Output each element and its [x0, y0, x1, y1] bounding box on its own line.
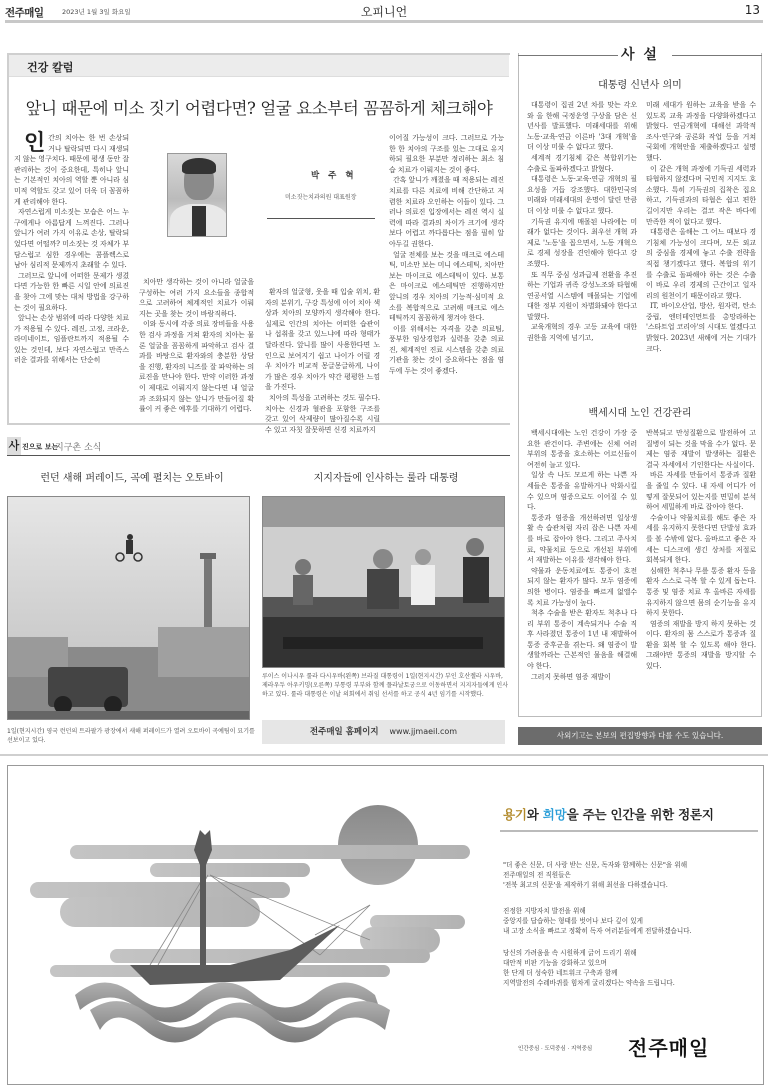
masthead-divider: [5, 20, 763, 23]
health-column: 건강 칼럼 앞니 때문에 미소 짓기 어렵다면? 얼굴 요소부터 꼼꼼하게 체크…: [7, 53, 510, 425]
editorial-2-column-1: 백세시대에는 노인 건강이 가장 중요한 관건이다. 주변에는 신체 여러 부위…: [527, 428, 637, 682]
photo-title-london: 런던 새해 퍼레이드, 곡예 펼치는 오토바이: [7, 469, 257, 484]
editorial-title-2: 백세시대 노인 건강관리: [518, 404, 762, 419]
ad-divider: [500, 830, 758, 832]
article-column-1: 인 간의 치아는 한 번 손상되거나 탈락되면 다시 재생되지 않는 영구치다.…: [14, 133, 129, 366]
paper-logo: 전주매일: [628, 1032, 709, 1061]
author-photo: [167, 153, 227, 237]
section-divider: [0, 754, 768, 756]
photo-caption-london: 1일(현지시간) 영국 런던의 트라팔가 광장에서 새해 퍼레이드가 열려 오토…: [7, 727, 257, 745]
photo-news-header: 사 진으로 보는 지구촌 소식: [7, 437, 510, 456]
article-column-2: 치아만 생각하는 것이 아니라 얼굴을 구성하는 여러 가지 요소들을 종합적으…: [139, 277, 254, 415]
health-column-title: 앞니 때문에 미소 짓기 어렵다면? 얼굴 요소부터 꼼꼼하게 체크해야: [9, 95, 509, 119]
lula-photo: [262, 496, 505, 668]
author-divider: [267, 218, 375, 219]
page-number: 13: [745, 3, 760, 17]
editorial-disclaimer: 사외기고는 본보의 편집방향과 다를 수도 있습니다.: [518, 727, 762, 745]
photo-news-header-gray: 지구촌 소식: [55, 440, 101, 453]
section-title: 오피니언: [0, 3, 768, 20]
ad-paragraph-2: 진정한 지방자치 발전을 위해 중앙지를 답습하는 형태를 벗어나 보다 깊이 …: [503, 906, 692, 936]
editorial-1-column-1: 대통령이 집권 2년 차를 맞는 각오와 올 한해 국정운영 구상을 담은 신년…: [527, 100, 637, 344]
editorial-2-column-2: 반복되고 만성질환으로 발전하여 고질병이 되는 것을 막을 수가 없다. 문제…: [646, 428, 756, 672]
ad-paragraph-1: "더 좋은 신문, 더 사랑 받는 신문, 독자와 함께하는 신문"을 위해 전…: [503, 860, 687, 890]
article-column-3: 환자의 얼굴형, 웃을 때 입술 위치, 환자의 분위기, 구강 특성에 이어 …: [265, 287, 380, 435]
homepage-banner[interactable]: 전주매일 홈페이지 www.jjmaeil.com: [262, 720, 505, 744]
photo-news-header-initial: 사: [7, 437, 21, 455]
masthead: 전주매일 2023년 1월 3일 화요일 오피니언 13: [0, 0, 768, 24]
photo-caption-lula: 루이스 이나시우 룰라 다시우바(왼쪽) 브라질 대통령이 1일(현지시간) 부…: [262, 672, 508, 699]
ad-motto: 인간중심 · 도덕중심 · 지역중심: [518, 1044, 592, 1052]
author-title: 미소짓는치과의원 대표원장: [285, 192, 356, 201]
ship-illustration: [30, 805, 470, 1045]
dropcap: 인: [24, 133, 45, 153]
health-column-label: 건강 칼럼: [27, 59, 73, 75]
health-label-bar: 건강 칼럼: [9, 55, 509, 77]
author-name: 박 주 혁: [311, 169, 357, 181]
ad-slogan: 용기와 희망을 주는 인간을 위한 정론지: [503, 805, 714, 823]
ad-paragraph-3: 당신의 가려움을 속 시원하게 긁어 드리기 위해 대안적 비판 기능을 강화하…: [503, 948, 675, 988]
homepage-label: 전주매일 홈페이지: [310, 727, 379, 737]
london-parade-photo: [7, 496, 250, 720]
photo-title-lula: 지지자들에 인사하는 룰라 대통령: [262, 469, 510, 484]
editorial-title-1: 대통령 신년사 의미: [518, 76, 762, 91]
editorial-header: 사 설: [518, 44, 762, 64]
article-column-4: 이어질 가능성이 크다. 그러므로 가능한 한 치아의 구조를 있는 그대로 유…: [389, 133, 504, 377]
homepage-url[interactable]: www.jjmaeil.com: [390, 727, 458, 736]
editorial-1-column-2: 미래 세대가 원하는 교육을 받을 수 있도록 교육 과정을 다양화하겠다고 밝…: [646, 100, 756, 354]
photo-news-header-small: 진으로 보는: [22, 442, 58, 452]
